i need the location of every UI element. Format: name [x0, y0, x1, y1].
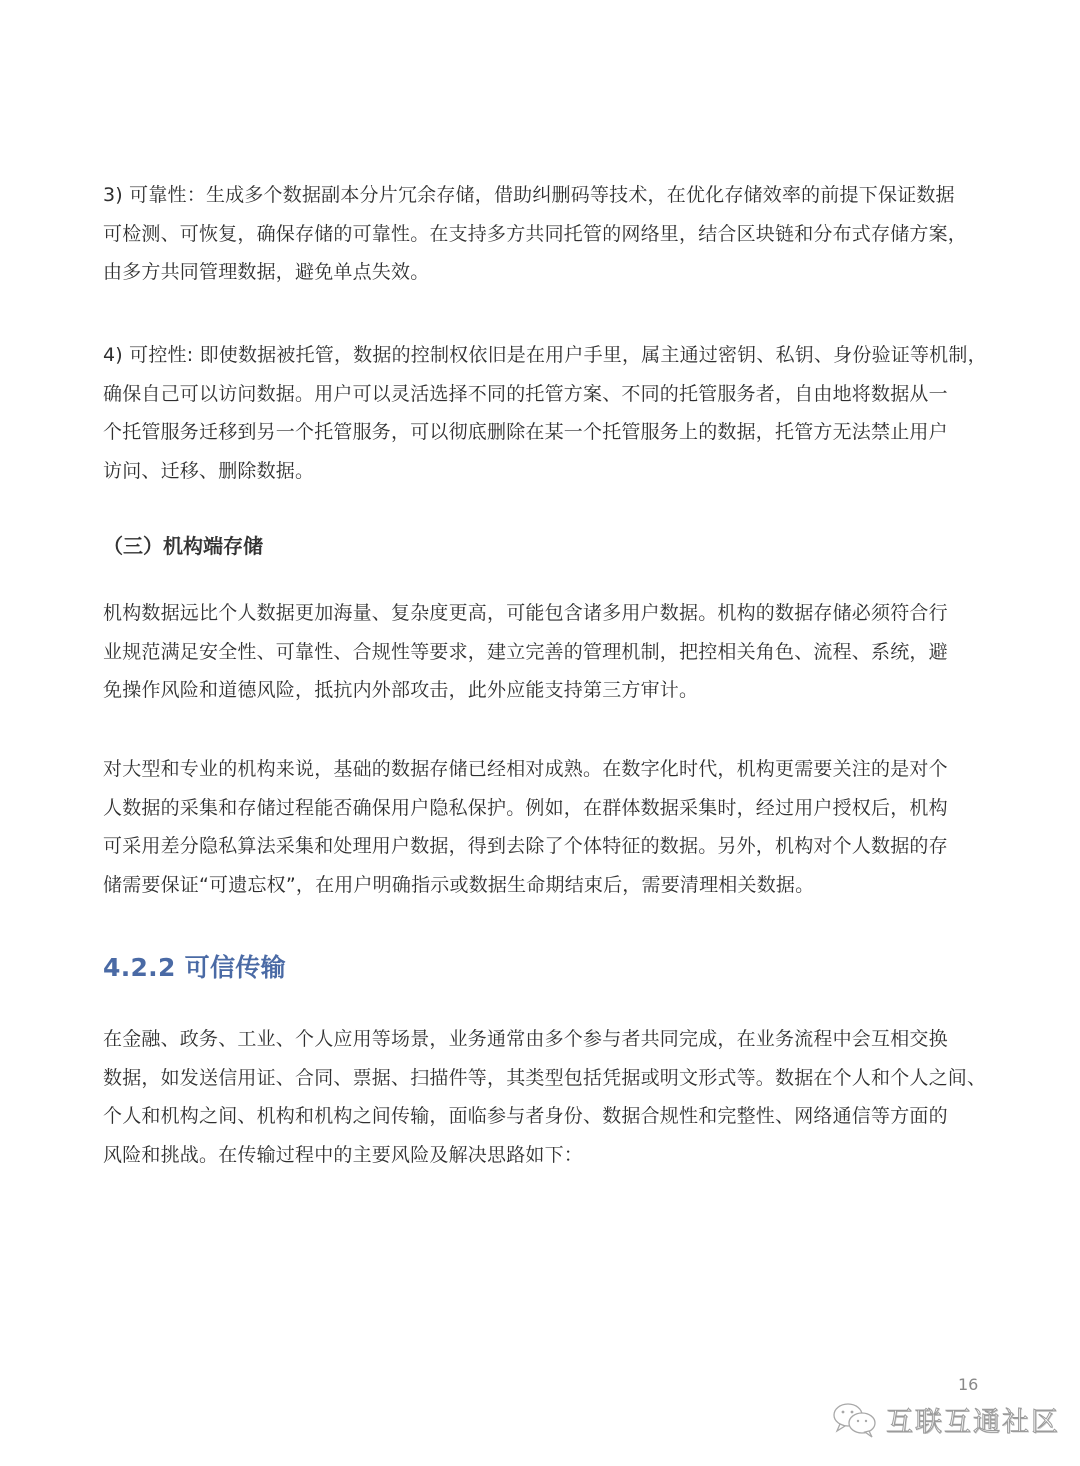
text-line: 由多方共同管理数据，避免单点失效。 — [103, 253, 983, 292]
text-line: 访问、迁移、删除数据。 — [103, 452, 983, 491]
text-line: 4) 可控性: 即使数据被托管，数据的控制权依旧是在用户手里，属主通过密钥、私钥… — [103, 336, 983, 375]
paragraph-reliability: 3) 可靠性：生成多个数据副本分片冗余存储，借助纠删码等技术，在优化存储效率的前… — [103, 176, 983, 292]
text-line: 储需要保证“可遗忘权”，在用户明确指示或数据生命期结束后，需要清理相关数据。 — [103, 866, 983, 905]
document-page: 3) 可靠性：生成多个数据副本分片冗余存储，借助纠删码等技术，在优化存储效率的前… — [0, 0, 1080, 1466]
text-line: 人数据的采集和存储过程能否确保用户隐私保护。例如，在群体数据采集时，经过用户授权… — [103, 789, 983, 828]
text-line: 可采用差分隐私算法采集和处理用户数据，得到去除了个体特征的数据。另外，机构对个人… — [103, 827, 983, 866]
text-line: 个托管服务迁移到另一个托管服务，可以彻底删除在某一个托管服务上的数据，托管方无法… — [103, 413, 983, 452]
paragraph-institution-privacy: 对大型和专业的机构来说，基础的数据存储已经相对成熟。在数字化时代，机构更需要关注… — [103, 750, 983, 904]
text-line: 风险和挑战。在传输过程中的主要风险及解决思路如下： — [103, 1136, 983, 1175]
text-line: 数据，如发送信用证、合同、票据、扫描件等，其类型包括凭据或明文形式等。数据在个人… — [103, 1059, 983, 1098]
text-line: 业规范满足安全性、可靠性、合规性等要求，建立完善的管理机制，把控相关角色、流程、… — [103, 633, 983, 672]
paragraph-institution-intro: 机构数据远比个人数据更加海量、复杂度更高，可能包含诸多用户数据。机构的数据存储必… — [103, 594, 983, 710]
subheading-institution-storage: （三）机构端存储 — [103, 530, 263, 559]
text-line: 免操作风险和道德风险，抵抗内外部攻击，此外应能支持第三方审计。 — [103, 671, 983, 710]
paragraph-trusted-transfer: 在金融、政务、工业、个人应用等场景，业务通常由多个参与者共同完成，在业务流程中会… — [103, 1020, 983, 1174]
paragraph-controllability: 4) 可控性: 即使数据被托管，数据的控制权依旧是在用户手里，属主通过密钥、私钥… — [103, 336, 983, 490]
page-number: 16 — [958, 1375, 978, 1394]
watermark: 互联互通社区 — [832, 1400, 1060, 1439]
text-line: 确保自己可以访问数据。用户可以灵活选择不同的托管方案、不同的托管服务者，自由地将… — [103, 375, 983, 414]
text-line: 对大型和专业的机构来说，基础的数据存储已经相对成熟。在数字化时代，机构更需要关注… — [103, 750, 983, 789]
text-line: 可检测、可恢复，确保存储的可靠性。在支持多方共同托管的网络里，结合区块链和分布式… — [103, 215, 983, 254]
text-line: 在金融、政务、工业、个人应用等场景，业务通常由多个参与者共同完成，在业务流程中会… — [103, 1020, 983, 1059]
wechat-icon — [832, 1402, 878, 1438]
text-line: 个人和机构之间、机构和机构之间传输，面临参与者身份、数据合规性和完整性、网络通信… — [103, 1097, 983, 1136]
text-line: 机构数据远比个人数据更加海量、复杂度更高，可能包含诸多用户数据。机构的数据存储必… — [103, 594, 983, 633]
text-line: 3) 可靠性：生成多个数据副本分片冗余存储，借助纠删码等技术，在优化存储效率的前… — [103, 176, 983, 215]
section-heading-trusted-transfer: 4.2.2 可信传输 — [103, 948, 286, 984]
watermark-text: 互联互通社区 — [886, 1400, 1060, 1439]
